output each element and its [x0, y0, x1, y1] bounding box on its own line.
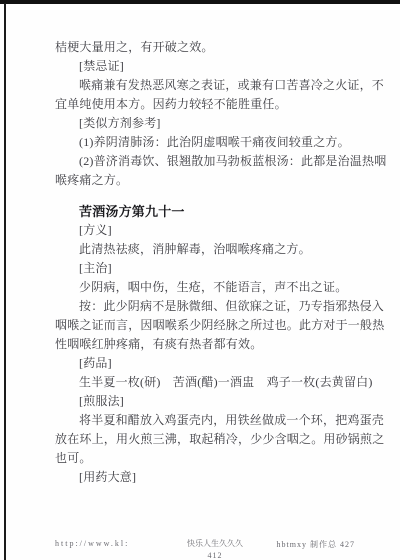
text-line: (1)养阴清肺汤：此治阴虚咽喉干痛夜间较重之方。 — [55, 133, 351, 152]
text-line: 放在环上，用火煎三沸，取起稍冷，少少含咽之。用砂锅煎之 — [55, 430, 351, 449]
text-line: [药品] — [55, 354, 351, 373]
section-heading: 苦酒汤方第九十一 — [55, 202, 351, 221]
text-line: [方义] — [55, 221, 351, 240]
text-line: [禁忌证] — [55, 57, 351, 76]
text-line: 将半夏和醋放入鸡蛋壳内，用铁丝做成一个环，把鸡蛋壳 — [55, 411, 351, 430]
text-line: [用药大意] — [55, 468, 351, 487]
footer-page-number-alt: 412 — [150, 551, 280, 560]
text-line: 也可。 — [55, 449, 351, 468]
text-line: 生半夏一枚(研) 苦酒(醋)一酒盅 鸡子一枚(去黄留白) — [55, 373, 351, 392]
footer-credit-page-number: hbtmxy 制作总 427 — [277, 539, 355, 550]
text-line: [煎服法] — [55, 392, 351, 411]
text-line: 咽喉之证而言，因咽喉系少阴经脉之所过也。此方对于一般热 — [55, 316, 351, 335]
text-line: 少阴病，咽中伤，生疮，不能语言，声不出之证。 — [55, 278, 351, 297]
text-line: 性咽喉红肿疼痛，有痰有热者都有效。 — [55, 335, 351, 354]
text-line: 桔梗大量用之，有开破之效。 — [55, 38, 351, 57]
page-body-text: 桔梗大量用之，有开破之效。[禁忌证]喉痛兼有发热恶风寒之表证，或兼有口苦喜冷之火… — [55, 38, 351, 487]
text-line: 喉痛兼有发热恶风寒之表证，或兼有口苦喜冷之火证，不 — [55, 76, 351, 95]
text-line: 宜单纯使用本方。因药力较轻不能胜重任。 — [55, 95, 351, 114]
footer-url: http://www.kl: — [55, 539, 129, 548]
page-footer: http://www.kl: 快乐人生久久久 412 hbtmxy 制作总 42… — [0, 537, 400, 560]
scanned-book-page: 桔梗大量用之，有开破之效。[禁忌证]喉痛兼有发热恶风寒之表证，或兼有口苦喜冷之火… — [0, 0, 400, 560]
text-line: [类似方剂参考] — [55, 114, 351, 133]
footer-watermark-text: 快乐人生久久久 — [187, 539, 243, 548]
scan-left-edge — [4, 3, 6, 560]
footer-watermark: 快乐人生久久久 412 — [150, 538, 280, 560]
scan-top-edge — [0, 0, 400, 4]
text-line: [主治] — [55, 259, 351, 278]
text-line: 按：此少阴病不是脉微细、但欲寐之证，乃专指邪热侵入 — [55, 297, 351, 316]
text-line: 此清热祛痰，消肿解毒，治咽喉疼痛之方。 — [55, 240, 351, 259]
text-line: 喉疼痛之方。 — [55, 171, 351, 190]
text-line: (2)普济消毒饮、银翘散加马勃板蓝根汤：此都是治温热咽 — [55, 152, 351, 171]
